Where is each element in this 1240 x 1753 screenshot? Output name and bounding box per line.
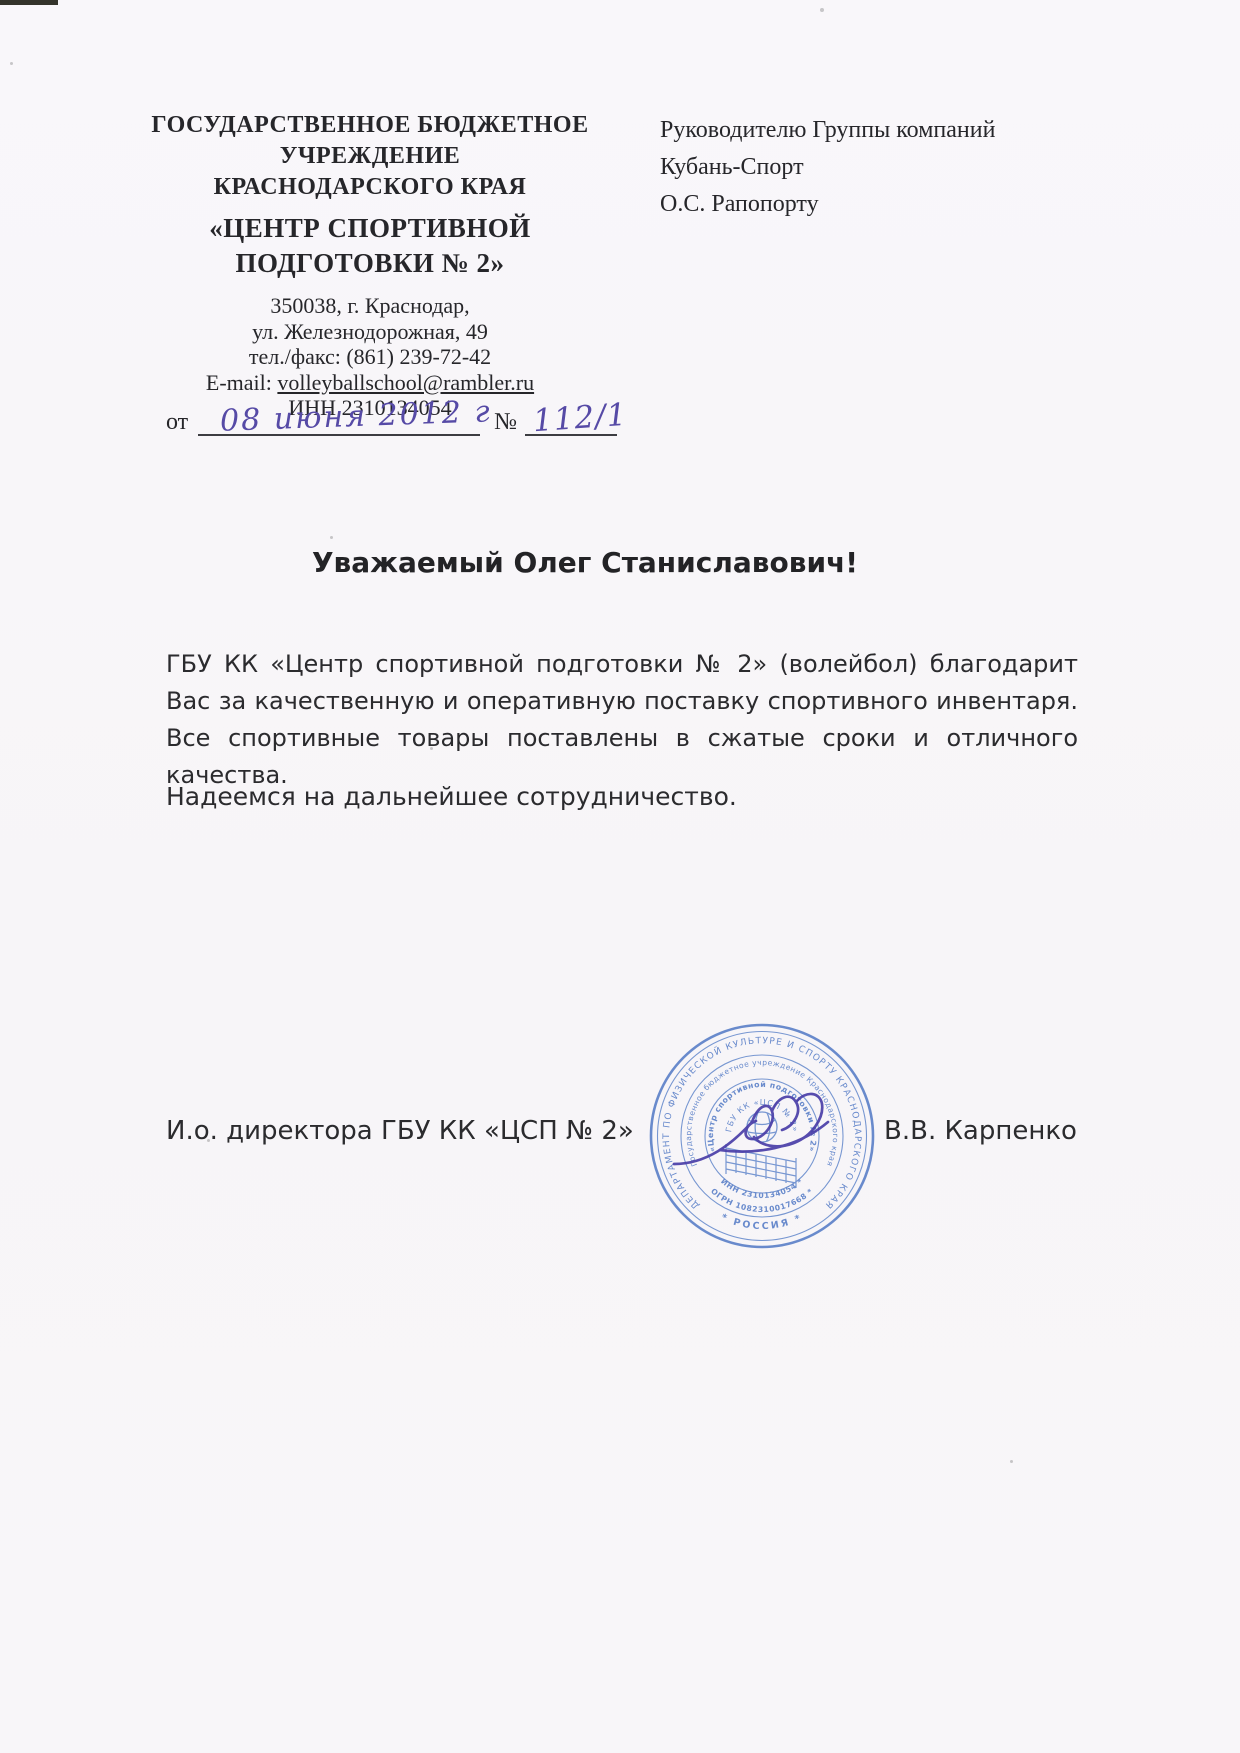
org-name-line: «ЦЕНТР СПОРТИВНОЙ bbox=[140, 211, 600, 246]
org-type-line: КРАСНОДАРСКОГО КРАЯ bbox=[140, 172, 600, 203]
stamp-ogrn-text: ОГРН 1082310017668 * bbox=[709, 1187, 815, 1215]
number-field: 112/1 bbox=[525, 392, 617, 436]
email-address: volleyballschool@rambler.ru bbox=[277, 370, 534, 395]
recipient-line: О.С. Рапопорту bbox=[660, 186, 995, 223]
org-name-line: ПОДГОТОВКИ № 2» bbox=[140, 246, 600, 281]
phone-line: тел./факс: (861) 239-72-42 bbox=[140, 344, 600, 370]
date-field: 08 июня 2012 г bbox=[198, 392, 480, 436]
org-type-line: ГОСУДАРСТВЕННОЕ БЮДЖЕТНОЕ bbox=[140, 110, 600, 141]
handwritten-signature bbox=[662, 1082, 867, 1187]
signatory-name: В.В. Карпенко bbox=[884, 1116, 1077, 1146]
recipient-block: Руководителю Группы компаний Кубань-Спор… bbox=[660, 112, 995, 223]
address-line: ул. Железнодорожная, 49 bbox=[140, 319, 600, 345]
body-paragraph: ГБУ КК «Центр спортивной подготовки № 2»… bbox=[166, 646, 1078, 794]
signature-title: И.о. директора ГБУ КК «ЦСП № 2» bbox=[166, 1116, 634, 1146]
org-type-line: УЧРЕЖДЕНИЕ bbox=[140, 141, 600, 172]
handwritten-date: 08 июня 2012 г bbox=[220, 394, 493, 438]
org-name: «ЦЕНТР СПОРТИВНОЙ ПОДГОТОВКИ № 2» bbox=[140, 211, 600, 281]
address-line: 350038, г. Краснодар, bbox=[140, 293, 600, 319]
scan-speck bbox=[10, 62, 13, 65]
closing-line: Надеемся на дальнейшее сотрудничество. bbox=[166, 782, 737, 811]
number-label: № bbox=[494, 409, 517, 436]
scan-edge-mark bbox=[0, 0, 58, 5]
scan-speck bbox=[330, 536, 333, 539]
recipient-line: Кубань-Спорт bbox=[660, 149, 995, 186]
email-label: E-mail: bbox=[206, 370, 277, 395]
letterhead: ГОСУДАРСТВЕННОЕ БЮДЖЕТНОЕ УЧРЕЖДЕНИЕ КРА… bbox=[140, 110, 600, 421]
recipient-line: Руководителю Группы компаний bbox=[660, 112, 995, 149]
scan-speck bbox=[820, 8, 824, 12]
date-number-line: от 08 июня 2012 г № 112/1 bbox=[166, 392, 617, 436]
stamp-russia-text: * РОССИЯ * bbox=[719, 1212, 804, 1232]
salutation-heading: Уважаемый Олег Станиславович! bbox=[130, 546, 1040, 579]
handwritten-number: 112/1 bbox=[532, 397, 629, 439]
scan-speck bbox=[1010, 1460, 1013, 1463]
letter-page: ГОСУДАРСТВЕННОЕ БЮДЖЕТНОЕ УЧРЕЖДЕНИЕ КРА… bbox=[0, 0, 1240, 1753]
from-label: от bbox=[166, 409, 188, 436]
